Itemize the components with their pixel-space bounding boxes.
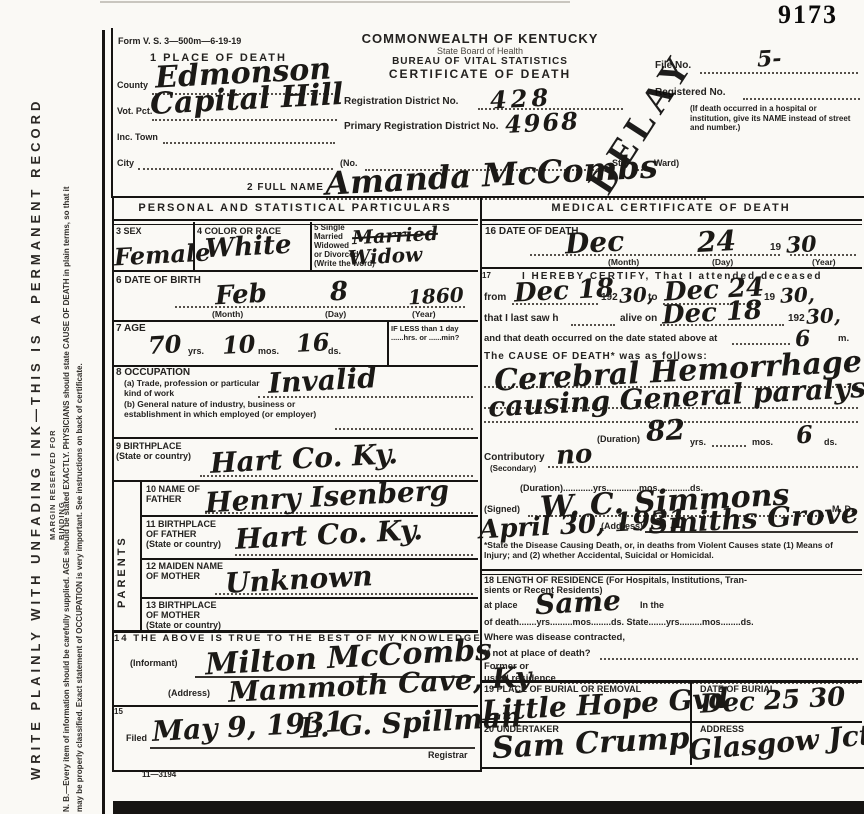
medical-section-title: MEDICAL CERTIFICATE OF DEATH <box>480 202 862 214</box>
filed-section-number: 15 <box>114 707 123 716</box>
dob-month-value: Feb <box>214 279 267 312</box>
attended-to-label: to <box>648 292 657 303</box>
rule <box>112 320 478 322</box>
header-titles: COMMONWEALTH OF KENTUCKY State Board of … <box>320 31 640 81</box>
former-label: Former or <box>484 661 529 672</box>
mother-birthplace-label: 13 BIRTHPLACE OF MOTHER (State or countr… <box>146 600 221 630</box>
attended-from-label: from <box>484 292 506 303</box>
file-number-stamp: 9173 <box>778 0 838 30</box>
physician-address-label: (Address) <box>601 521 643 531</box>
occupation-a-value: Invalid <box>267 361 377 400</box>
year-caption: (Year) <box>412 309 436 319</box>
contracted-line <box>600 658 858 660</box>
rule <box>480 267 862 269</box>
occupation-a-label: (a) Trade, profession or particular kind… <box>124 378 274 398</box>
in-the-label: In the <box>640 600 664 610</box>
month-caption: (Month) <box>212 309 243 319</box>
certificate-title: CERTIFICATE OF DEATH <box>320 67 640 81</box>
dod-year-printed: 19 <box>770 242 781 253</box>
death-occurred-line <box>732 343 790 345</box>
marital-value: Widow <box>347 242 422 270</box>
occupation-b-line <box>335 428 473 430</box>
informant-address-label: (Address) <box>168 688 210 698</box>
certify-section-number: 17 <box>482 271 491 280</box>
saw-year-value: 30, <box>805 303 841 329</box>
day-caption: (Day) <box>325 309 346 319</box>
if-less-note: IF LESS than 1 day ......hrs. or ......m… <box>391 324 475 342</box>
age-days-value: 16 <box>295 327 330 358</box>
secondary-caption: (Secondary) <box>490 464 536 473</box>
saw-year-printed: 192 <box>788 313 805 324</box>
contributory-line <box>548 466 858 468</box>
year-caption: (Year) <box>812 257 836 267</box>
binding-rule-heavy <box>102 30 105 814</box>
primary-district-label: Primary Registration District No. <box>344 121 498 132</box>
yrs-caption: yrs. <box>188 346 204 356</box>
duration-yrs-caption: yrs. <box>690 437 706 447</box>
attended-from-value: Dec 18 <box>513 273 615 308</box>
inc-town-line <box>163 142 335 144</box>
registrar-label: Registrar <box>428 750 468 760</box>
city-line <box>138 168 333 170</box>
commonwealth-title: COMMONWEALTH OF KENTUCKY <box>320 31 640 46</box>
father-name-label: 10 NAME OF FATHER <box>146 484 200 504</box>
mos-caption: mos. <box>258 346 279 356</box>
rule <box>112 437 478 439</box>
month-caption: (Month) <box>608 257 639 267</box>
last-saw-label: that I last saw h <box>484 313 558 324</box>
death-certificate-scan: MARGIN RESERVED FOR BINDING WRITE PLAINL… <box>0 0 864 814</box>
duration-ds-caption: ds. <box>824 437 837 447</box>
sex-label: 3 SEX <box>116 226 142 236</box>
from-year-printed: 192 <box>601 292 618 303</box>
rule <box>140 558 478 560</box>
father-birthplace-label: 11 BIRTHPLACE OF FATHER (State or countr… <box>146 519 221 549</box>
ds-caption: ds. <box>328 346 341 356</box>
duration-label: (Duration) <box>597 434 640 444</box>
day-caption: (Day) <box>712 257 733 267</box>
county-label: County <box>117 80 148 90</box>
dod-year-value: 30 <box>785 231 817 259</box>
filed-label: Filed <box>126 733 147 743</box>
dod-day-value: 24 <box>696 224 737 259</box>
file-no-value: 5- <box>756 45 782 72</box>
rule <box>140 597 478 599</box>
last-saw-value: Dec 18 <box>661 295 763 330</box>
plate-number: 11—3194 <box>142 770 176 779</box>
duration-days-value: 6 <box>795 420 813 450</box>
rule <box>387 320 389 365</box>
full-name-label: 2 FULL NAME <box>247 182 324 193</box>
father-birthplace-line <box>235 554 473 556</box>
state-board-subtitle: State Board of Health <box>320 46 640 56</box>
occupation-label: 8 OCCUPATION <box>116 367 190 378</box>
age-months-value: 10 <box>221 329 256 360</box>
rule <box>310 222 312 270</box>
registered-no-line <box>743 98 860 100</box>
personal-section-title: PERSONAL AND STATISTICAL PARTICULARS <box>112 202 478 214</box>
at-place-label: at place <box>484 600 518 610</box>
birthplace-label: 9 BIRTHPLACE (State or country) <box>116 441 191 461</box>
city-label: City <box>117 158 134 168</box>
residence-units-line: of death.......yrs.........mos........ds… <box>484 617 754 627</box>
age-years-value: 70 <box>147 329 182 360</box>
occupation-b-label: (b) General nature of industry, business… <box>124 399 332 419</box>
contributory-value: no <box>555 439 593 471</box>
bottom-scan-bar <box>113 801 864 814</box>
age-label: 7 AGE <box>116 323 146 334</box>
file-no-line <box>700 72 858 74</box>
bureau-subtitle: BUREAU OF VITAL STATISTICS <box>320 56 640 67</box>
rule <box>140 515 478 517</box>
margin-write-plainly-note: WRITE PLAINLY WITH UNFADING INK—THIS IS … <box>28 50 43 780</box>
residence-value: Same <box>534 584 621 621</box>
filed-line <box>150 747 475 749</box>
margin-nb-note: N. B.—Every item of information should b… <box>60 180 100 812</box>
duration-line <box>712 445 746 447</box>
rule <box>480 219 862 225</box>
rule <box>480 680 862 683</box>
dob-label: 6 DATE OF BIRTH <box>116 275 201 286</box>
contracted-label-1: Where was disease contracted, <box>484 632 625 643</box>
contributory-label: Contributory <box>484 452 545 463</box>
rule <box>112 270 478 272</box>
scan-edge-line <box>100 1 570 3</box>
dob-year-value: 1860 <box>407 283 464 310</box>
duration-years-value: 82 <box>645 413 686 448</box>
hospital-note: (If death occurred in a hospital or inst… <box>690 104 858 133</box>
meridiem-label: m. <box>838 333 849 344</box>
contracted-label-2: if not at place of death? <box>484 648 591 659</box>
mother-maiden-label: 12 MAIDEN NAME OF MOTHER <box>146 561 223 581</box>
informant-label: (Informant) <box>130 658 178 668</box>
vot-pct-label: Vot. Pct. <box>117 106 152 116</box>
to-year-printed: 19 <box>764 292 775 303</box>
sex-value: Female <box>113 237 211 271</box>
primary-district-value: 4968 <box>504 106 580 139</box>
form-number: Form V. S. 3—500m—6-19-19 <box>118 36 241 46</box>
dod-month-value: Dec <box>564 224 625 260</box>
inc-town-label: Inc. Town <box>117 132 158 142</box>
duration-mos-caption: mos. <box>752 437 773 447</box>
binding-rule-thin <box>111 28 113 198</box>
dob-day-value: 8 <box>329 277 349 308</box>
parents-group-label: PARENTS <box>116 508 128 608</box>
death-occurred-label: and that death occurred on the date stat… <box>484 333 717 344</box>
alive-on-label: alive on <box>620 313 657 324</box>
last-saw-gap-line <box>571 324 615 326</box>
rule <box>140 480 142 630</box>
reg-district-label: Registration District No. <box>344 96 458 107</box>
color-race-value: White <box>204 230 292 264</box>
cause-footnote: *State the Disease Causing Death, or, in… <box>484 540 856 560</box>
